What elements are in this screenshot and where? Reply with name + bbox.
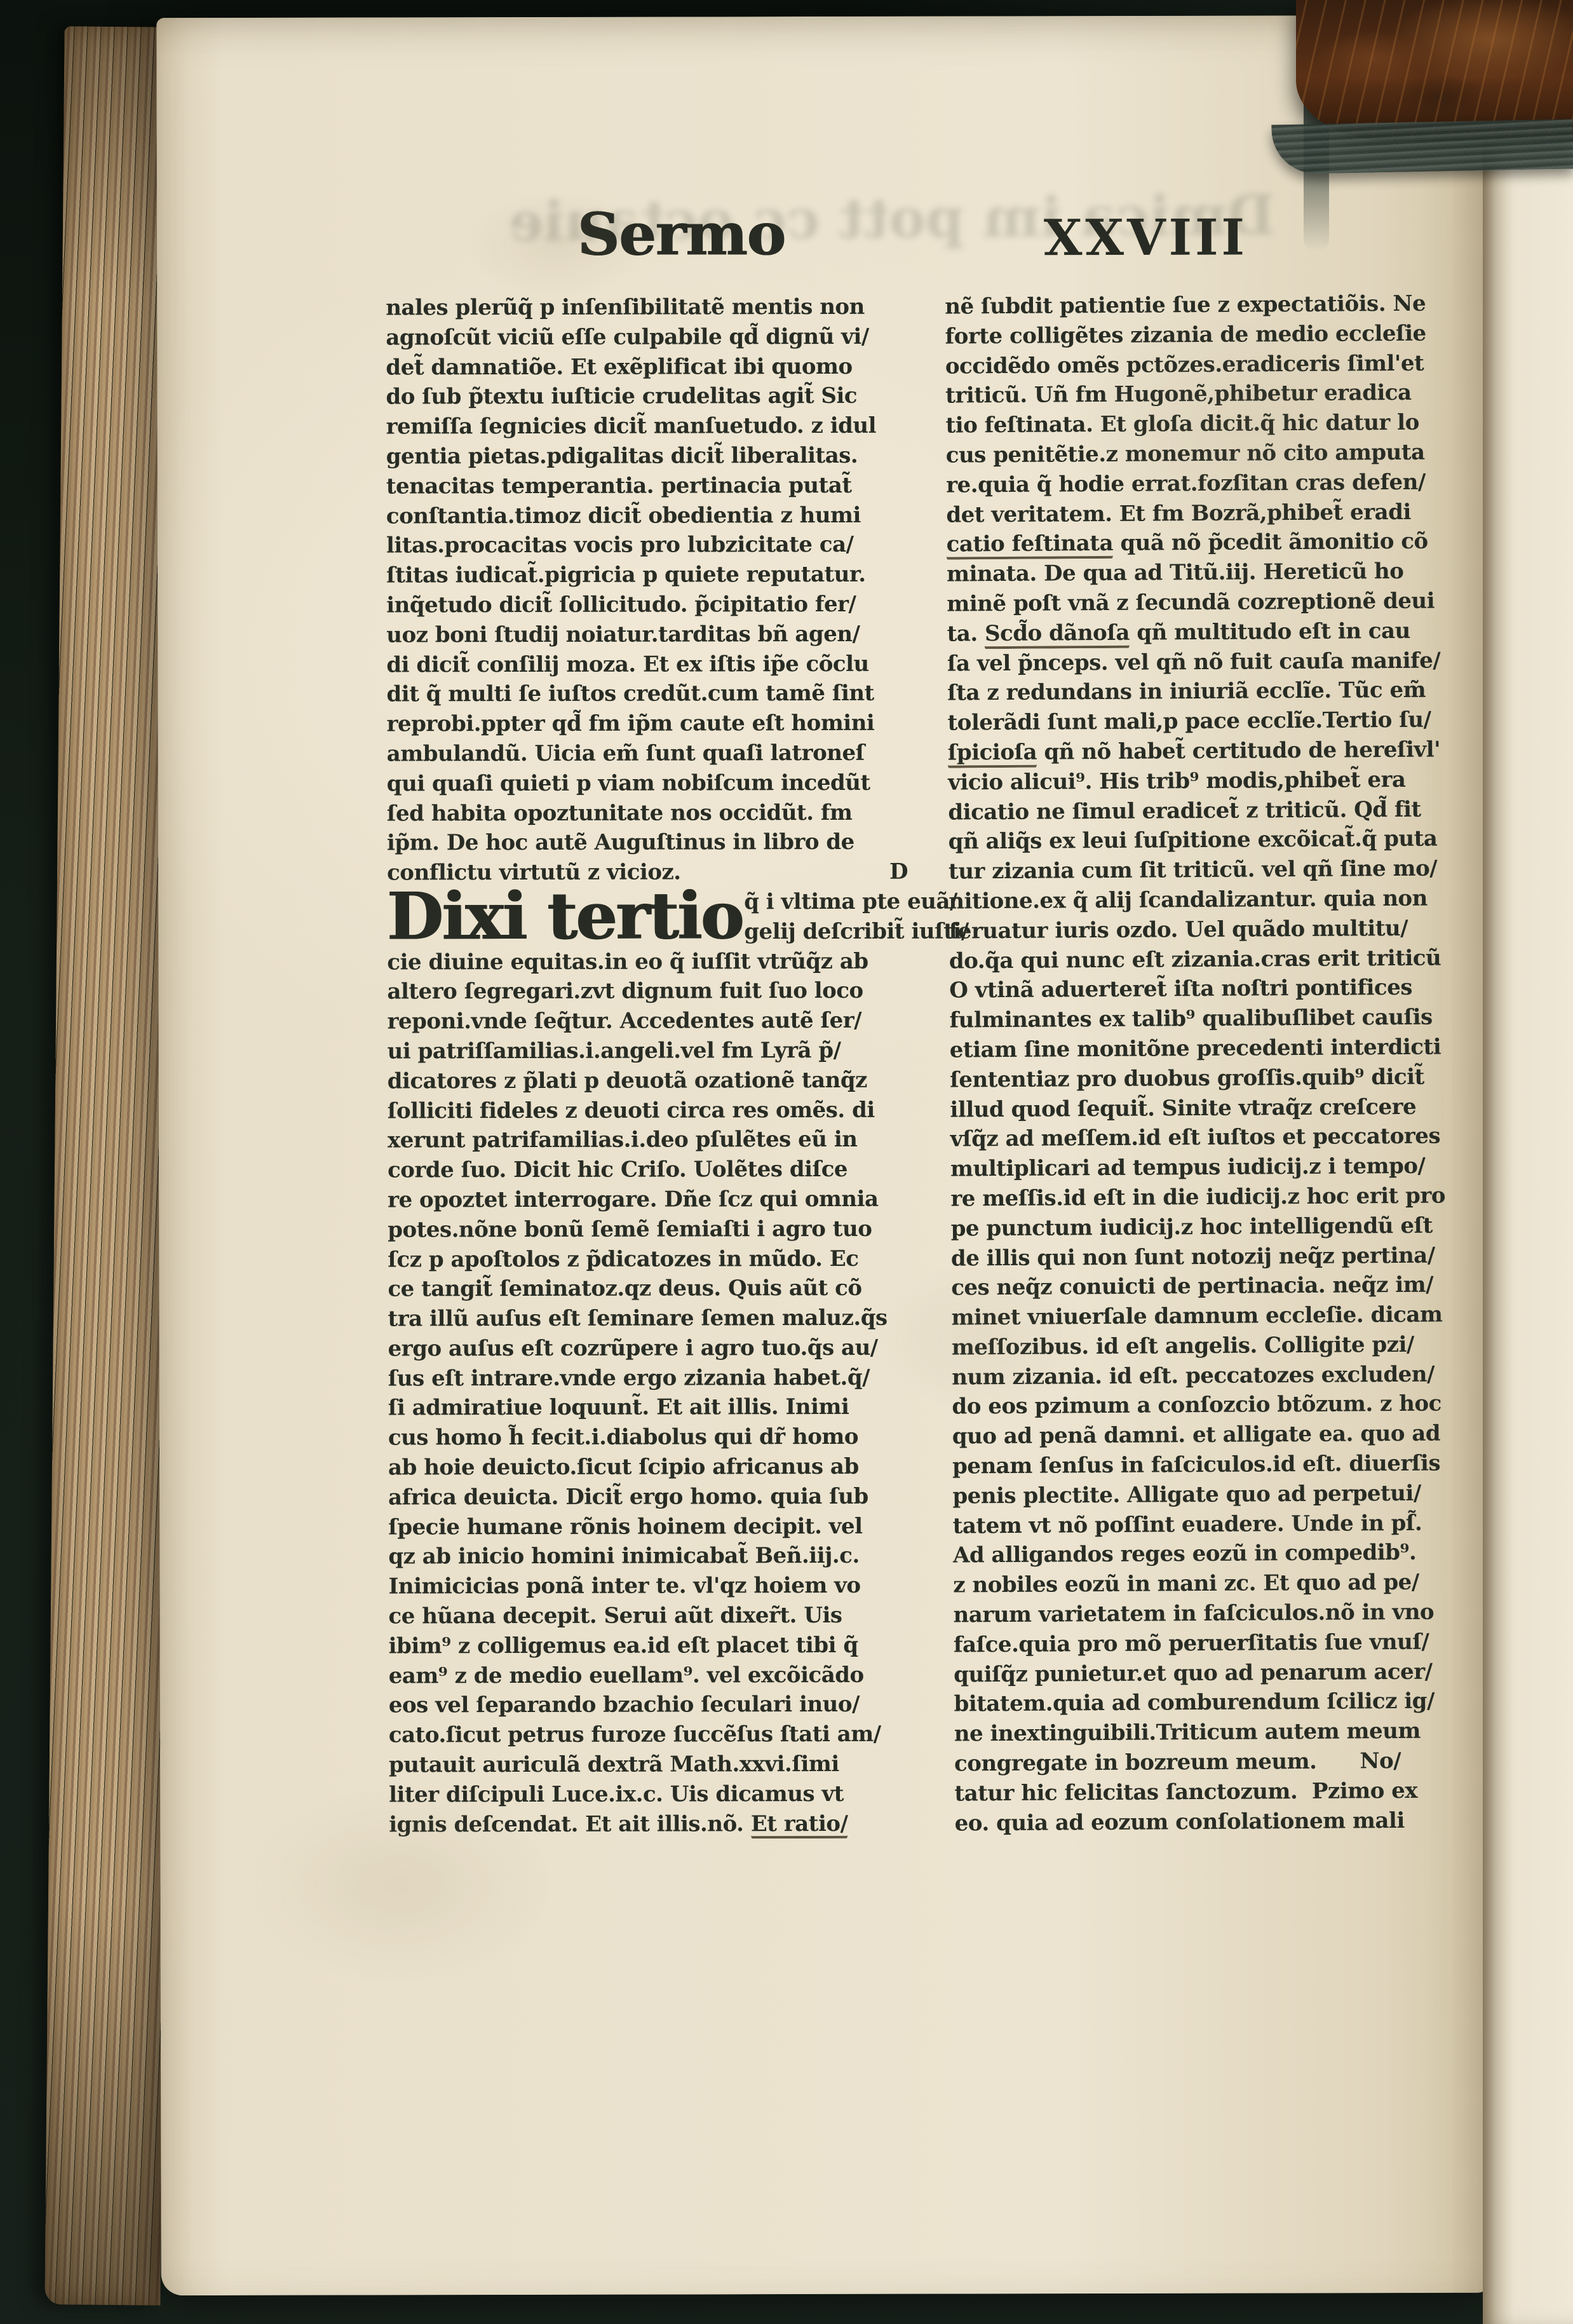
text-segment: qñ nõ habet̃ certitudo de hereſivl' [1037,735,1440,768]
incipit-side-lines: q̃ i vltima pte euã/gelij deſcribit̃ iuſ… [744,887,969,946]
text-line: tatur hic felicitas ſanctozum. Pzimo ex [954,1776,1502,1809]
text-line: ambulandũ. Uicia em̃ ſunt quaſi latroneſ [387,738,945,770]
text-line: ſcz p apoſtolos z p̃dicatozes in mũdo. E… [388,1244,945,1275]
text-line: ſeruatur iuris ozdo. Uel quãdo multitu/ [949,913,1497,946]
text-line: ab hoie deuicto.ſicut ſcipio africanus a… [388,1452,946,1483]
text-line: minẽ poſt vnã z ſecundã cozreptionẽ deui [947,586,1494,619]
text-line: cus penitẽtie.z monemur nõ cito amputa [946,437,1494,470]
text-line: eo. quia ad eozum conſolationem mali [955,1805,1502,1838]
running-title: Sermo [577,200,785,269]
text-line: det veritatem. Et fm Bozrã,phibet̃ eradi [946,497,1494,530]
text-line: agnoſcũt viciũ eſſe culpabile qd̃ dignũ … [386,322,943,353]
ink-underlined-phrase: Scd̃o dãnoſa [985,618,1130,648]
left-column-paragraph-1: nales plerũq̃ p inſenſibilitatẽ mentis n… [386,292,945,888]
text-segment: D [889,857,945,887]
text-line: qñ aliq̃s ex leui ſuſpitione excõicat̃.q… [949,824,1496,857]
text-line: cus homo h̃ fecit.i.diabolus qui dr̃ hom… [388,1422,946,1453]
text-line: Inimicicias ponã inter te. vl'qz hoiem v… [388,1571,946,1602]
text-line: multiplicari ad tempus iudicij.z i tempo… [950,1151,1498,1184]
text-line: uoz boni ſtudij noiatur.tarditas bñ agen… [386,619,944,650]
text-line: potes.nõne bonũ ſemẽ ſemiaſti i agro tuo [388,1214,945,1245]
text-segment: quã nõ p̃cedit ãmonitio cõ [1113,527,1428,559]
text-line: ſa vel p̃nceps. vel qñ nõ fuit cauſa man… [947,646,1495,679]
section-incipit: Dixi tertio [387,887,744,945]
text-line: minata. De qua ad Titũ.iij. Hereticũ ho [947,556,1494,589]
text-line: det̃ damnatiõe. Et exẽplificat ibi quomo [386,351,943,383]
text-line: nẽ ſubdit patientie ſue z expectatiõis. … [945,289,1492,322]
text-line: narum varietatem in faſciculos.nõ in vno [953,1597,1501,1630]
text-line: penam ſenſus in faſciculos.id eſt. diuer… [952,1448,1500,1481]
text-line: ſententiaz pro duobus groſſis.quib⁹ dici… [950,1062,1497,1095]
text-line: reprobi.ppter qd̃ fm ip̃m caute eſt homi… [387,709,945,740]
text-line: dicatores z p̃lati p deuotã ozationẽ tan… [388,1065,945,1096]
text-segment: ta. [947,619,985,649]
text-line: re.quia q̃ hodie errat.fozſitan cras def… [946,467,1494,500]
text-line: do ſub p̃textu iuſticie crudelitas agit̃… [386,381,943,412]
left-text-column: nales plerũq̃ p inſenſibilitatẽ mentis n… [386,292,947,1840]
text-line: meſſozibus. id eſt angelis. Colligite pz… [952,1329,1499,1362]
text-line: tra illũ auſus eſt ſeminare ſemen maluz.… [388,1303,945,1335]
text-segment: ignis deſcendat. Et ait illis.nõ. [389,1809,751,1840]
photo-background: Dmica im pott cc octauie Sermo XXVIII na… [0,0,1573,2324]
text-line: faſce.quia pro mõ peruerſitatis ſue vnuſ… [954,1627,1501,1660]
text-line: ergo auſus eſt cozrũpere i agro tuo.q̃s … [388,1333,946,1364]
ink-underlined-phrase: Et ratio/ [751,1809,848,1839]
text-line: vſq̃z ad meſſem.id eſt iuſtos et peccato… [950,1121,1498,1154]
text-line: africa deuicta. Dicit̃ ergo homo. quia ſ… [388,1481,946,1512]
text-line: ſpecie humane rõnis hoinem decipit. vel [388,1511,946,1542]
text-line: gentia pietas.pdigalitas dicit̃ liberali… [386,441,944,472]
text-line: ſus eſt intrare.vnde ergo zizania habet.… [388,1362,946,1394]
text-line: ſpicioſa qñ nõ habet̃ certitudo de hereſ… [948,735,1495,768]
text-line: fulminantes ex talib⁹ qualibuſlibet cauſ… [949,1002,1497,1035]
text-line: q̃ i vltima pte euã/ [744,887,969,917]
text-line: cato.ſicut petrus furoze ſuccẽſus ſtati … [389,1720,947,1751]
text-line: re opoztet interrogare. Dñe ſcz qui omni… [388,1185,945,1216]
text-line: ſtitas iudicat̃.pigricia p quiete reputa… [386,560,944,591]
text-line: tur zizania cum ſit triticũ. vel qñ ſine… [949,853,1496,887]
text-line: num zizania. id eſt. peccatozes excluden… [952,1359,1499,1392]
text-line: congregate in bozreum meum. No/ [954,1746,1502,1779]
text-line: qz ab inicio homini inimicabat̃ Beñ.iij.… [388,1541,946,1572]
text-line: bitatem.quia ad comburendum ſcilicz ig/ [954,1686,1501,1719]
text-line: z nobiles eozũ in mani zc. Et quo ad pe/ [953,1567,1501,1600]
text-line: forte colligẽtes zizania de medio eccleſ… [945,318,1492,351]
text-line: dicatio ne ſimul eradicet̃ z triticũ. Qd… [948,794,1495,827]
text-line: ip̃m. De hoc autẽ Auguſtinus in libro de [387,827,945,859]
facing-page-edge [1483,0,1573,2324]
page-edge-curl [1271,119,1573,174]
text-line: ibim⁹ z colligemus ea.id eſt placet tibi… [389,1630,947,1661]
text-line: ne inextinguibili.Triticum autem meum [954,1716,1502,1749]
text-line: do.q̃a qui nunc eſt zizania.cras erit tr… [949,943,1497,976]
text-line: dit q̃ multi ſe iuſtos credũt.cum tamẽ ſ… [386,679,944,710]
text-line: Ad alligandos reges eozũ in compedib⁹. [953,1537,1501,1570]
text-line: altero ſegregari.zvt dignum fuit ſuo loc… [387,976,945,1007]
text-line: xerunt patrifamilias.i.deo pſulẽtes eũ i… [388,1125,945,1156]
text-line: illud quod ſequit̃. Sinite vtraq̃z creſc… [950,1092,1497,1125]
text-line: cie diuine equitas.in eo q̃ iuſſit vtrũq… [387,946,945,977]
text-line: inq̃etudo dicit̃ ſollicitudo. p̃cipitati… [386,590,944,621]
text-line: di dicit̃ conſilij moza. Et ex iſtis ip̃… [386,649,944,680]
text-line: minet vniuerſale damnum eccleſie. dicam [951,1300,1499,1333]
text-line: ſolliciti fideles z deuoti circa res omẽ… [388,1095,945,1126]
text-line: ſi admiratiue loquunt̃. Et ait illis. In… [388,1392,946,1424]
text-line: O vtinã aduerteret̃ iſta noſtri pontific… [949,972,1497,1005]
text-segment: qñ multitudo eſt in cau [1130,616,1410,648]
text-line: liter diſcipuli Luce.ix.c. Uis dicamus v… [389,1779,947,1810]
text-line: penis plectite. Alligate quo ad perpetui… [952,1478,1500,1511]
text-line: occidẽdo omẽs pctõzes.eradiceris ſiml'et [945,348,1493,381]
text-line: nales plerũq̃ p inſenſibilitatẽ mentis n… [386,292,943,323]
text-line: nitione.ex q̃ alij ſcandalizantur. quia … [949,883,1496,916]
text-line: tolerãdi ſunt mali,p pace ecclĩe.Tertio … [947,705,1495,738]
ink-underlined-phrase: catio feſtinata [947,529,1114,559]
text-line: catio feſtinata quã nõ p̃cedit ãmonitio … [947,526,1494,559]
text-line: qui quaſi quieti p viam nobiſcum incedũt [387,768,945,799]
text-line: ſta z redundans in iniuriã ecclĩe. Tũc e… [947,675,1495,708]
text-line: remiſſa ſegnicies dicit̃ manſuetudo. z i… [386,411,944,442]
text-line: tio feſtinata. Et gloſa dicit.q̃ hic dat… [945,407,1493,440]
text-line: vicio alicui⁹. His trib⁹ modis,phibet̃ e… [948,764,1495,798]
text-line: re meſſis.id eſt in die iudicij.z hoc er… [950,1181,1498,1214]
text-line: quo ad penã damni. et alligate ea. quo a… [952,1418,1500,1451]
text-line: ta. Scd̃o dãnoſa qñ multitudo eſt in cau [947,616,1494,649]
text-line: eos vel ſeparando bzachio ſeculari inuo/ [389,1690,947,1721]
text-line: de illis qui non ſunt notozij neq̃z pert… [951,1240,1499,1274]
book-page: Dmica im pott cc octauie Sermo XXVIII na… [156,15,1492,2295]
text-line: putauit auriculã dextrã Math.xxvi.ſimi [389,1750,947,1781]
text-line: ſed habita opoztunitate nos occidũt. fm [387,798,945,829]
text-line: pe punctum iudicij.z hoc intelligendũ eſ… [951,1211,1499,1244]
left-column-paragraph-2: cie diuine equitas.in eo q̃ iuſſit vtrũq… [387,946,947,1840]
text-line: eam⁹ z de medio euellam⁹. vel excõicãdo [389,1660,947,1691]
section-heading-row: Dixi tertio q̃ i vltima pte euã/gelij de… [387,887,945,948]
text-line: tenacitas temperantia. pertinacia putat̃ [386,470,944,501]
text-line: ces neq̃z conuicti de pertinacia. neq̃z … [951,1270,1499,1303]
text-line: conſtantia.timoz dicit̃ obedientia z hum… [386,500,944,531]
text-line: reponi.vnde ſeq̃tur. Accedentes autẽ ſer… [388,1006,945,1037]
text-line: triticũ. Uñ fm Hugonẽ,phibetur eradica [945,377,1493,411]
text-line: ce hũana decepit. Serui aũt dixer̃t. Uis [388,1601,946,1632]
text-line: ui patriſſamilias.i.angeli.vel fm Lyrã p… [388,1036,945,1067]
text-line: tatem vt nõ poſſint euadere. Unde in pſ̃… [953,1508,1501,1541]
ink-underlined-phrase: ſpicioſa [948,738,1037,768]
text-line: quiſq̃z punietur.et quo ad penarum acer/ [954,1657,1501,1690]
text-line: litas.procacitas vocis pro lubzicitate c… [386,530,944,561]
text-line: gelij deſcribit̃ iuſti/ [744,916,969,947]
text-line: do eos pzimum a conſozcio btõzum. z hoc [952,1389,1499,1422]
text-line: ignis deſcendat. Et ait illis.nõ. Et rat… [389,1809,947,1840]
text-line: etiam ſine monitõne precedenti interdict… [950,1032,1497,1065]
text-line: corde ſuo. Dicit hic Criſo. Uolẽtes diſc… [388,1155,945,1186]
folio-number: XXVIII [1044,209,1248,268]
right-text-column: nẽ ſubdit patientie ſue z expectatiõis. … [945,289,1502,1838]
text-line: ce tangit̃ ſeminatoz.qz deus. Quis aũt c… [388,1274,945,1305]
